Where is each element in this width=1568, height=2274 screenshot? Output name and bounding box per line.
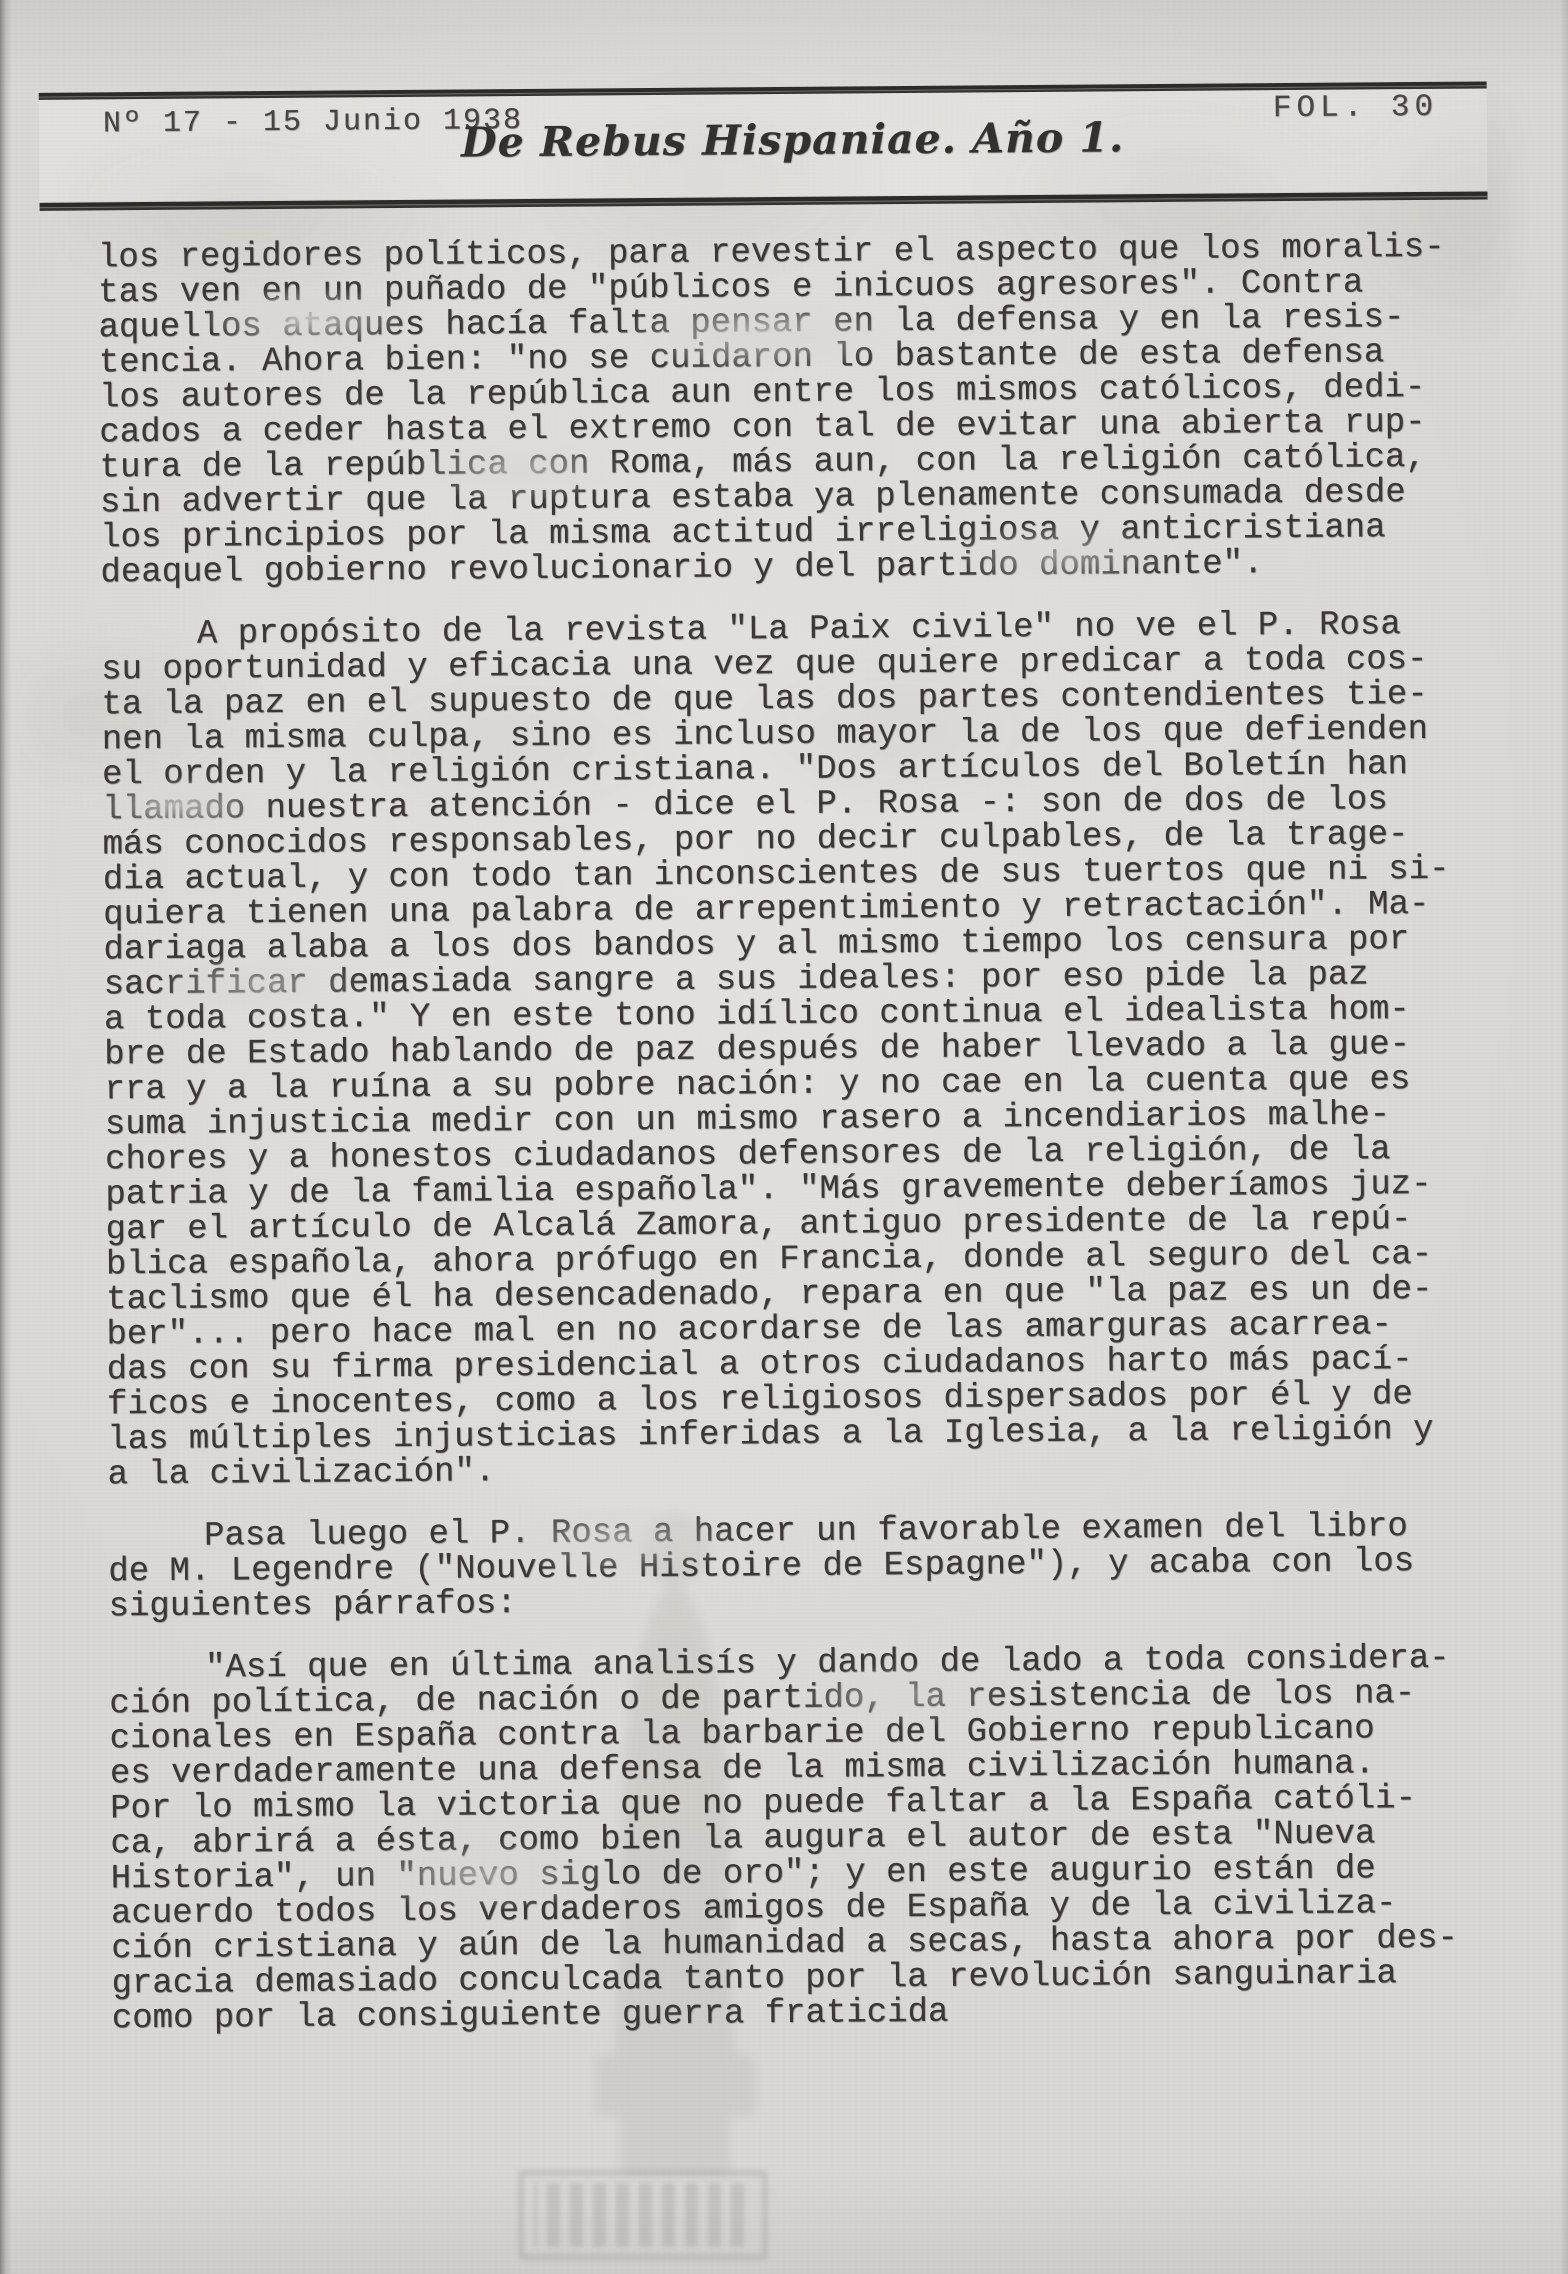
scanned-page: Nº 17 - 15 Junio 1938 De Rebus Hispaniae… (0, 0, 1568, 2274)
printed-content: Nº 17 - 15 Junio 1938 De Rebus Hispaniae… (0, 0, 1568, 2274)
publication-title: De Rebus Hispaniae. Año 1. (461, 113, 1125, 166)
paragraph: Pasa luego el P. Rosa a hacer un favorab… (108, 1509, 1519, 1625)
paragraph: A propósito de la revista "La Paix civil… (101, 607, 1518, 1493)
paragraph: los regidores políticos, para revestir e… (98, 230, 1511, 591)
paragraph: "Así que en última analisís y dando de l… (109, 1641, 1522, 2037)
text-line: deaquel gobierno revolucionario y del pa… (100, 545, 1510, 591)
text-line: a la civilización". (107, 1447, 1517, 1493)
document-body: los regidores políticos, para revestir e… (98, 230, 1522, 2064)
scan-edge-left (0, 0, 12, 2274)
folio-number: FOL. 30 (1273, 90, 1439, 126)
text-line: como por la consiguiente guerra fraticid… (112, 1991, 1522, 2037)
scan-edge-right (1560, 0, 1568, 2274)
text-line: siguientes párrafos: (108, 1579, 1518, 1625)
